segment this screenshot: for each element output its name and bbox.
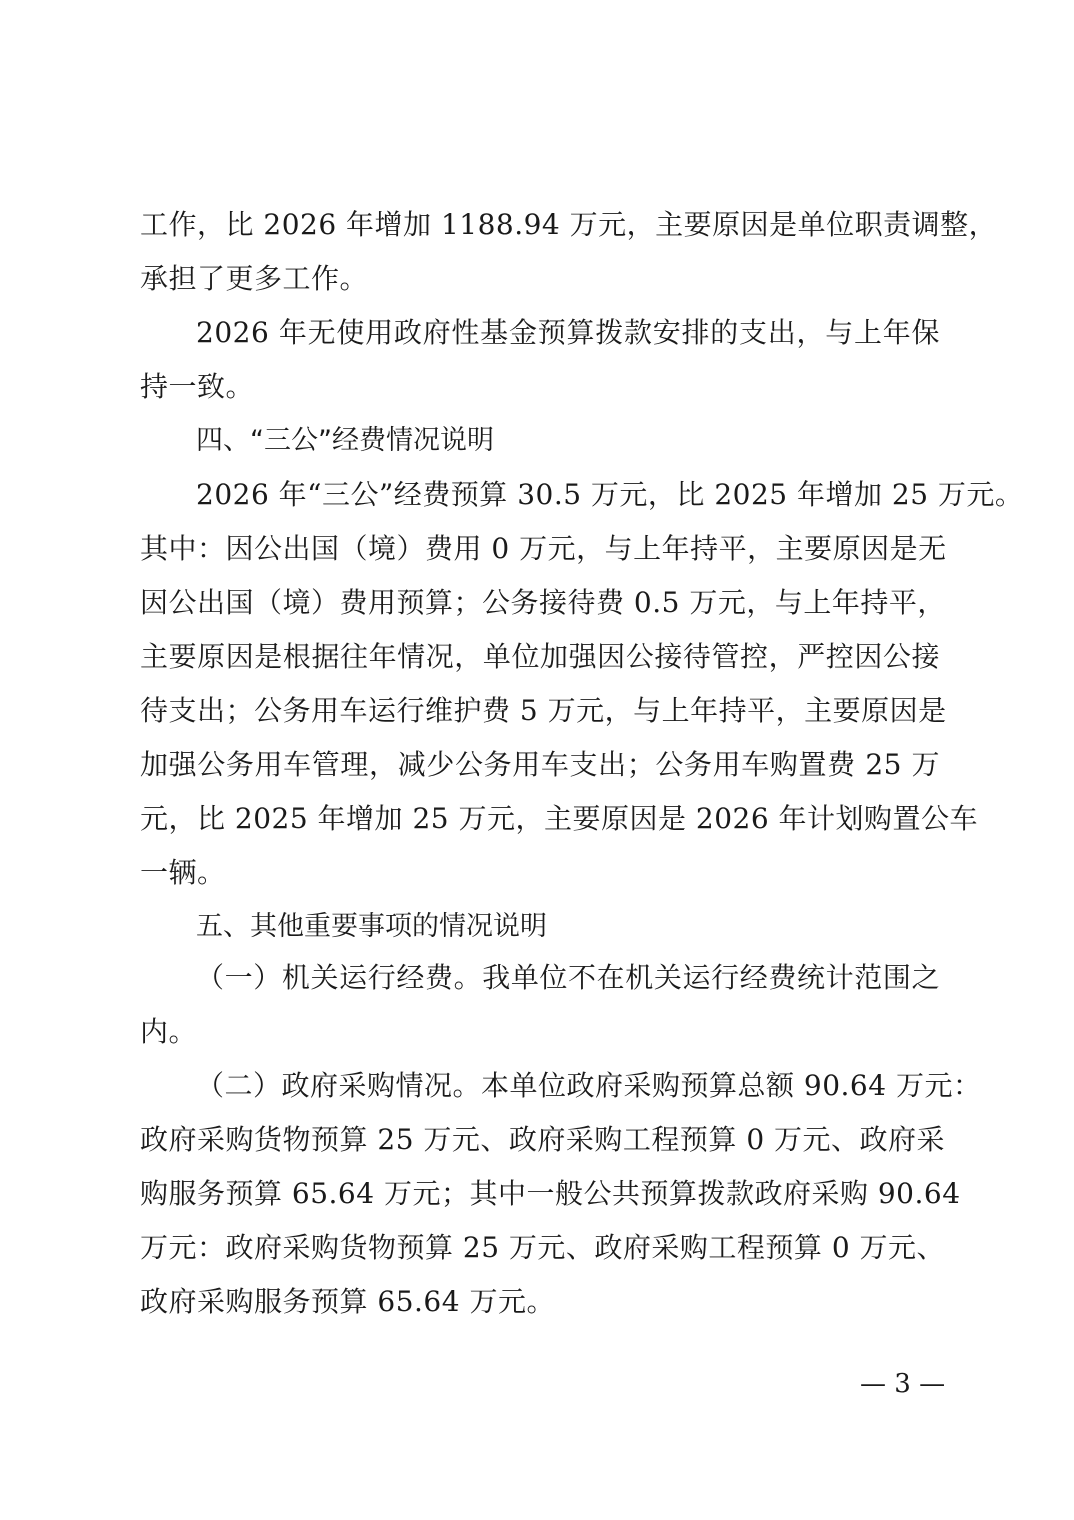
paragraph-line: 内。 <box>140 1014 940 1050</box>
paragraph-line: 待支出；公务用车运行维护费 5 万元，与上年持平，主要原因是 <box>140 693 940 729</box>
paragraph-line: （二）政府采购情况。本单位政府采购预算总额 90.64 万元： <box>196 1068 940 1104</box>
paragraph-line: 加强公务用车管理，减少公务用车支出；公务用车购置费 25 万 <box>140 747 940 783</box>
paragraph-line: 政府采购服务预算 65.64 万元。 <box>140 1284 940 1320</box>
paragraph-line: 万元：政府采购货物预算 25 万元、政府采购工程预算 0 万元、 <box>140 1230 940 1266</box>
paragraph-line: （一）机关运行经费。我单位不在机关运行经费统计范围之 <box>196 960 940 996</box>
section-heading-three-public-expenses: 四、“三公”经费情况说明 <box>196 423 940 459</box>
paragraph-line: 工作，比 2026 年增加 1188.94 万元，主要原因是单位职责调整， <box>140 207 940 243</box>
paragraph-line: 2026 年“三公”经费预算 30.5 万元，比 2025 年增加 25 万元。 <box>196 477 940 513</box>
paragraph-line: 元，比 2025 年增加 25 万元，主要原因是 2026 年计划购置公车 <box>140 801 940 837</box>
paragraph-line: 承担了更多工作。 <box>140 261 940 297</box>
paragraph-line: 2026 年无使用政府性基金预算拨款安排的支出，与上年保 <box>196 315 940 351</box>
page-number: — 3 — <box>860 1368 940 1400</box>
paragraph-line: 政府采购货物预算 25 万元、政府采购工程预算 0 万元、政府采 <box>140 1122 940 1158</box>
paragraph-line: 购服务预算 65.64 万元；其中一般公共预算拨款政府采购 90.64 <box>140 1176 940 1212</box>
paragraph-line: 因公出国（境）费用预算；公务接待费 0.5 万元，与上年持平， <box>140 585 940 621</box>
document-page: 工作，比 2026 年增加 1188.94 万元，主要原因是单位职责调整， 承担… <box>0 0 1074 1520</box>
paragraph-line: 一辆。 <box>140 855 940 891</box>
paragraph-line: 其中：因公出国（境）费用 0 万元，与上年持平，主要原因是无 <box>140 531 940 567</box>
section-heading-other-matters: 五、其他重要事项的情况说明 <box>196 909 940 945</box>
paragraph-line: 主要原因是根据往年情况，单位加强因公接待管控，严控因公接 <box>140 639 940 675</box>
paragraph-line: 持一致。 <box>140 369 940 405</box>
